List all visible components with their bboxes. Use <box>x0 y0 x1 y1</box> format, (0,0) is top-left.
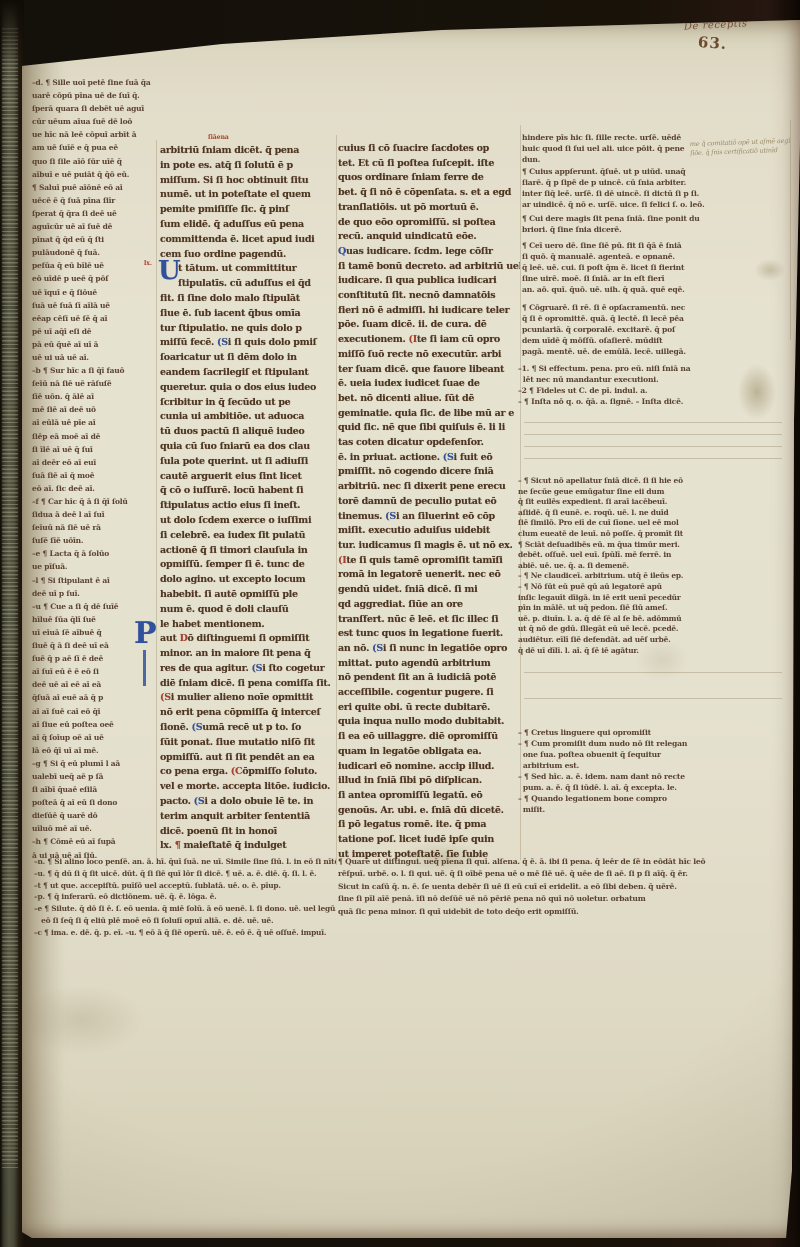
folio-number: 63. <box>697 33 727 53</box>
illuminated-initial-U: U <box>158 256 181 286</box>
right-gloss-block-b: ¶ Cuius appſerunt. q̄ſuē. ut p uiūd. una… <box>522 166 794 210</box>
gloss-rule-4 <box>524 458 782 459</box>
right-gloss-block-a: hindere pīs hic ſi. ſille recte. urſē. u… <box>522 132 794 165</box>
right-gloss-block-g: – ¶ Sicut nō apellatur ſniā dicē. ſi ſi … <box>518 476 794 656</box>
left-margin-gloss: –d. ¶ Sille uoī petē ſine ſuā q̄auarē cō… <box>32 76 158 862</box>
gloss-rule-2 <box>524 434 782 435</box>
main-text-column-1: arbitriū ſniam dicēt. q̄ penain pote es.… <box>160 144 336 854</box>
main-text-column-2: cuius ſi cō ſuacire ſacdotes optet. Et c… <box>338 142 520 862</box>
gloss-rule-3 <box>524 446 782 447</box>
quire-mark: aaaj <box>370 20 385 28</box>
illuminated-initial-P: P <box>134 616 157 651</box>
red-interlinear-gloss: ſiāena <box>208 134 229 141</box>
red-lx-mark: lx. <box>144 260 152 267</box>
right-gloss-block-c: ¶ Cui dere magis ſit pena ſniā. ſine pon… <box>522 213 794 235</box>
column-rule-2 <box>336 135 337 865</box>
gloss-rule-1 <box>524 422 782 423</box>
right-gloss-block-f: –1. ¶ Si effectum. pena. pro eū. niſi ſn… <box>518 363 794 407</box>
right-gloss-block-e: ¶ Cōgruarē. ſi rē. ſi ē opſacramentū. ne… <box>522 302 794 357</box>
right-gloss-block-d: ¶ Ceī uero dē. ſine ſiē pū. fit ſi q̄ā ē… <box>522 240 794 295</box>
right-gloss-block-h: – ¶ Cretus linguere qui opromiſit– ¶ Cum… <box>518 727 794 815</box>
manuscript-photo: De receptis 63. aaaj me q̄ comitatiō opē… <box>0 0 800 1247</box>
parchment-page: De receptis 63. aaaj me q̄ comitatiō opē… <box>22 20 800 1238</box>
running-title: De receptis <box>684 18 748 32</box>
book-leaf-edges <box>0 0 24 1247</box>
initial-p-descender <box>143 650 146 686</box>
footnote-apparatus: –n. ¶ Si alino loco penſē. an. ā. hī. q̄… <box>34 856 336 939</box>
bottom-gloss-block: ¶ Quare ut diſtingui. ueq̄ pīena ſi quī.… <box>338 856 800 918</box>
gloss-rule-5 <box>524 672 782 673</box>
gloss-rule-6 <box>524 698 782 699</box>
